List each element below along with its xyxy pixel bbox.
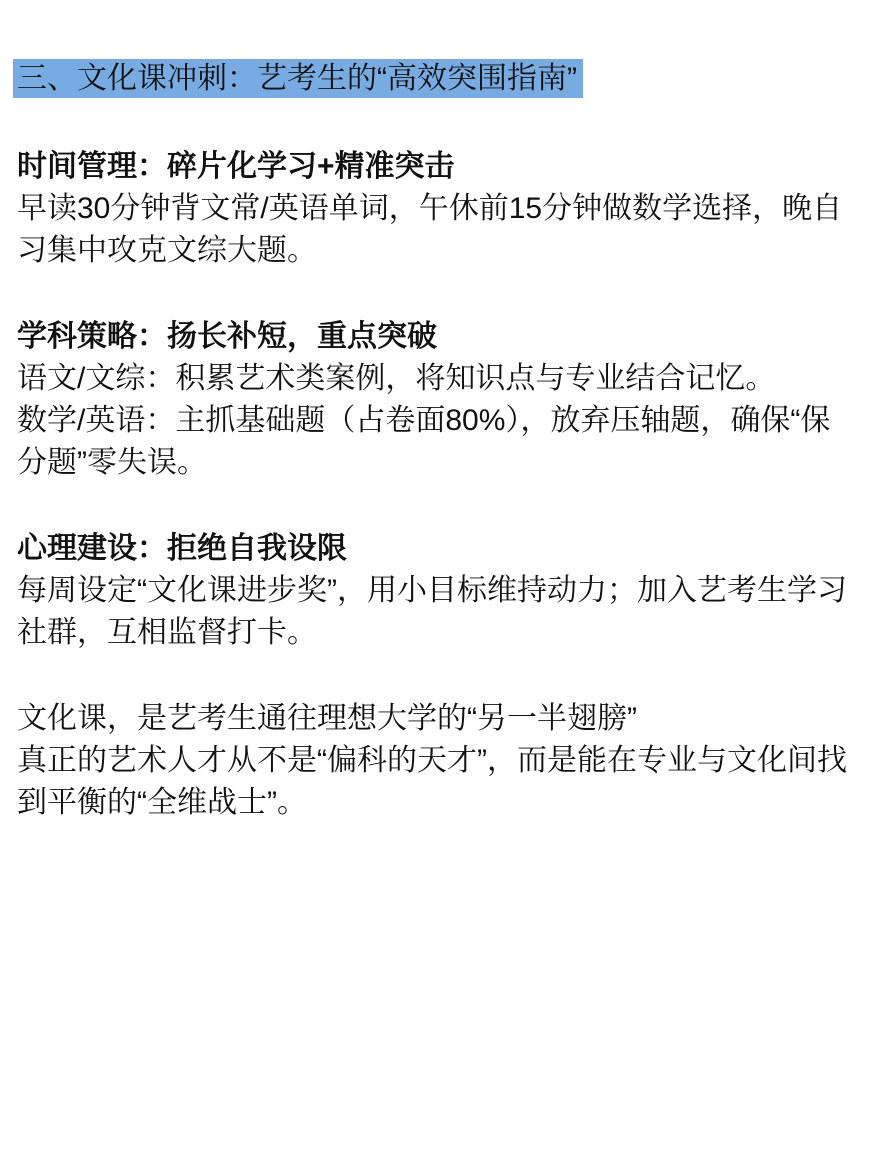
section-mental-building: 心理建设：拒绝自我设限 每周设定“文化课进步奖”，用小目标维持动力；加入艺考生学… (17, 528, 853, 654)
section-body-line: 数学/英语：主抓基础题（占卷面80%），放弃压轴题，确保“保分题”零失误。 (17, 400, 853, 484)
section-heading: 心理建设：拒绝自我设限 (17, 528, 853, 570)
note-content: 三、文化课冲刺：艺考生的“高效突围指南” 时间管理：碎片化学习+精准突击 早读3… (17, 58, 853, 824)
section-body-line: 语文/文综：积累艺术类案例，将知识点与专业结合记忆。 (17, 358, 853, 400)
closing-line: 真正的艺术人才从不是“偏科的天才”，而是能在专业与文化间找到平衡的“全维战士”。 (17, 740, 853, 824)
section-time-management: 时间管理：碎片化学习+精准突击 早读30分钟背文常/英语单词，午休前15分钟做数… (17, 146, 853, 272)
section-body-line: 每周设定“文化课进步奖”，用小目标维持动力；加入艺考生学习社群，互相监督打卡。 (17, 570, 853, 654)
section-body-line: 早读30分钟背文常/英语单词，午休前15分钟做数学选择，晚自习集中攻克文综大题。 (17, 188, 853, 272)
section-title-highlight: 三、文化课冲刺：艺考生的“高效突围指南” (13, 59, 583, 98)
closing-line: 文化课，是艺考生通往理想大学的“另一半翅膀” (17, 698, 853, 740)
section-heading: 时间管理：碎片化学习+精准突击 (17, 146, 853, 188)
section-title-row: 三、文化课冲刺：艺考生的“高效突围指南” (17, 58, 853, 100)
section-heading: 学科策略：扬长补短，重点突破 (17, 316, 853, 358)
closing-paragraph: 文化课，是艺考生通往理想大学的“另一半翅膀” 真正的艺术人才从不是“偏科的天才”… (17, 698, 853, 824)
section-subject-strategy: 学科策略：扬长补短，重点突破 语文/文综：积累艺术类案例，将知识点与专业结合记忆… (17, 316, 853, 484)
note-page: 三、文化课冲刺：艺考生的“高效突围指南” 时间管理：碎片化学习+精准突击 早读3… (0, 0, 880, 1176)
